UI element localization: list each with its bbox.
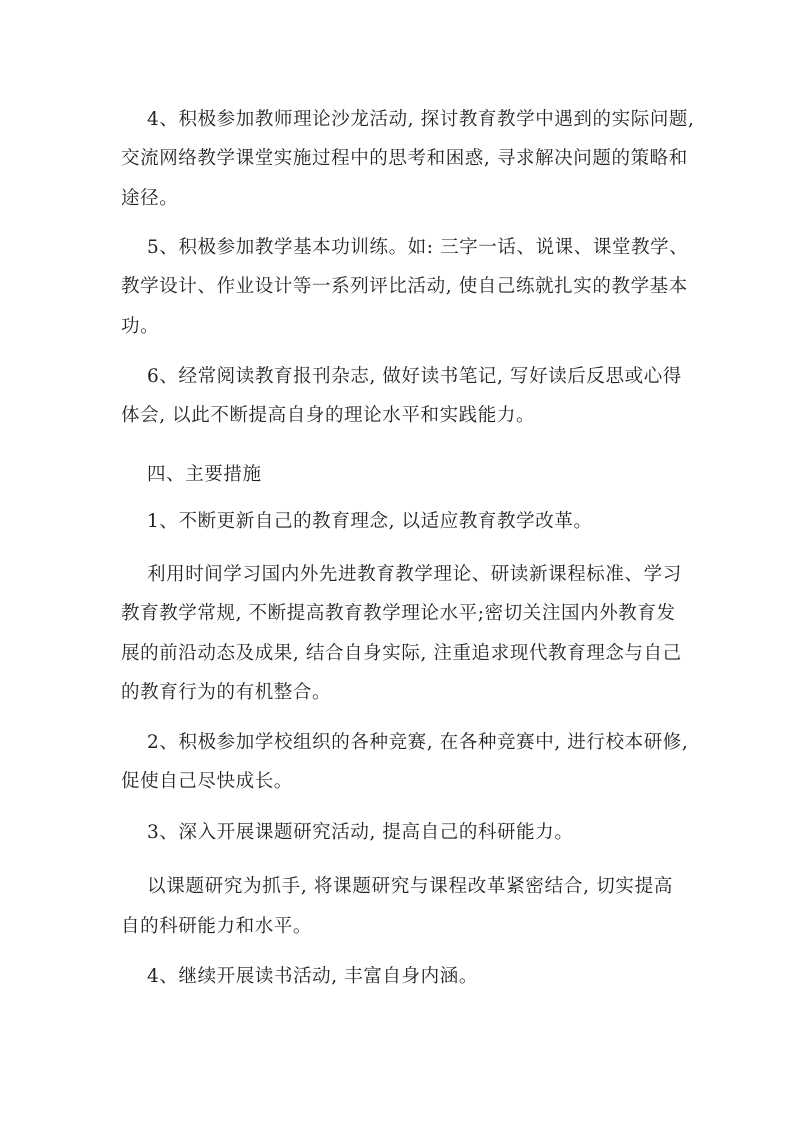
text-line: 四、主要措施 bbox=[147, 461, 673, 489]
text-line: 1、不断更新自己的教育理念, 以适应教育教学改革。 bbox=[147, 508, 673, 536]
text-line: 促使自己尽快成长。 bbox=[121, 768, 673, 796]
text-line: 交流网络教学课堂实施过程中的思考和困惑, 寻求解决问题的策略和 bbox=[121, 145, 673, 173]
text-line: 自的科研能力和水平。 bbox=[121, 913, 673, 941]
text-line: 途径。 bbox=[121, 185, 673, 213]
text-line: 5、积极参加教学基本功训练。如: 三字一话、说课、课堂教学、 bbox=[147, 234, 673, 262]
document-page: 4、积极参加教师理论沙龙活动, 探讨教育教学中遇到的实际问题,交流网络教学课堂实… bbox=[0, 0, 793, 1122]
text-line: 教学设计、作业设计等一系列评比活动, 使自己练就扎实的教学基本 bbox=[121, 273, 673, 301]
text-line: 6、经常阅读教育报刊杂志, 做好读书笔记, 写好读后反思或心得 bbox=[147, 363, 673, 391]
text-line: 2、积极参加学校组织的各种竞赛, 在各种竞赛中, 进行校本研修, bbox=[147, 729, 673, 757]
text-line: 4、积极参加教师理论沙龙活动, 探讨教育教学中遇到的实际问题, bbox=[147, 106, 673, 134]
text-line: 体会, 以此不断提高自身的理论水平和实践能力。 bbox=[121, 402, 673, 430]
text-line: 利用时间学习国内外先进教育教学理论、研读新课程标准、学习 bbox=[147, 561, 673, 589]
text-line: 教育教学常规, 不断提高教育教学理论水平;密切关注国内外教育发 bbox=[121, 600, 673, 628]
text-line: 展的前沿动态及成果, 结合自身实际, 注重追求现代教育理念与自己 bbox=[121, 640, 673, 668]
text-line: 以课题研究为抓手, 将课题研究与课程改革紧密结合, 切实提高 bbox=[147, 873, 673, 901]
text-line: 3、深入开展课题研究活动, 提高自己的科研能力。 bbox=[147, 819, 673, 847]
text-line: 4、继续开展读书活动, 丰富自身内涵。 bbox=[147, 963, 673, 991]
text-line: 功。 bbox=[121, 313, 673, 341]
text-line: 的教育行为的有机整合。 bbox=[121, 679, 673, 707]
